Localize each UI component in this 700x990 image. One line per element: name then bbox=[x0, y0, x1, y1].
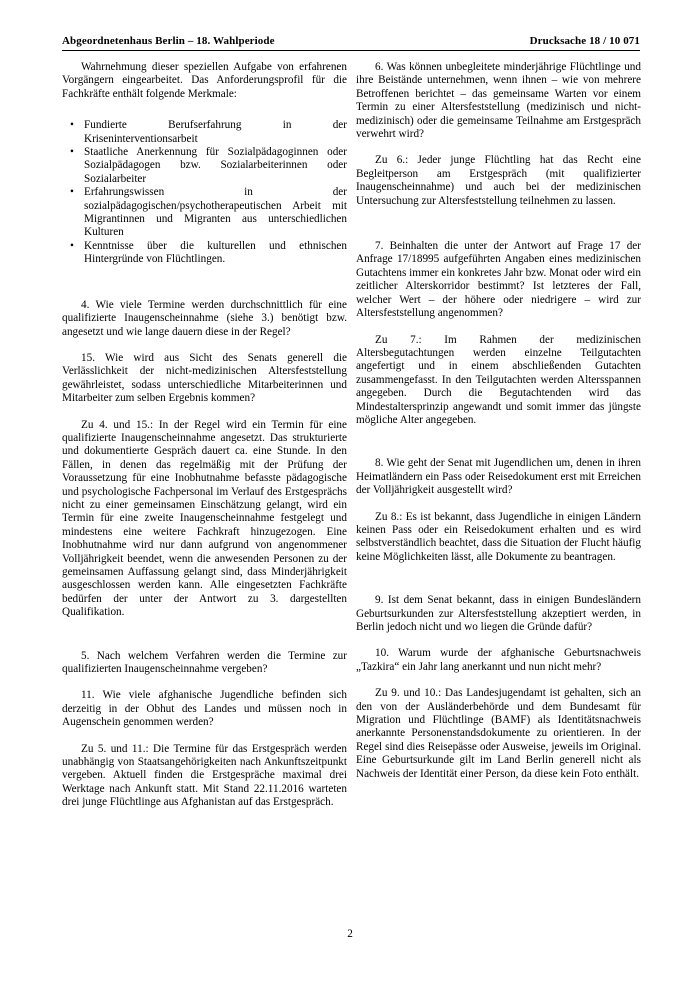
bullet-icon: • bbox=[70, 186, 74, 199]
question-15: 15. Wie wird aus Sicht des Senats genere… bbox=[62, 352, 347, 406]
bullet-item: •Fundierte Berufserfahrung in der Krisen… bbox=[84, 119, 347, 146]
answer-8: Zu 8.: Es ist bekannt, dass Jugendliche … bbox=[356, 511, 641, 565]
question-11: 11. Wie viele afghanische Jugendliche be… bbox=[62, 689, 347, 729]
page-number: 2 bbox=[347, 928, 353, 940]
bullet-item-text: Kenntnisse über die kulturellen und ethn… bbox=[84, 240, 347, 265]
question-8: 8. Wie geht der Senat mit Jugendlichen u… bbox=[356, 457, 641, 497]
question-10: 10. Warum wurde der afghanische Geburtsn… bbox=[356, 647, 641, 674]
header-drucksache-number: Drucksache 18 / 10 071 bbox=[530, 35, 640, 47]
bullet-icon: • bbox=[70, 240, 74, 253]
bullet-item: •Erfahrungswissen in der sozialpädagogis… bbox=[84, 186, 347, 240]
bullet-icon: • bbox=[70, 146, 74, 159]
document-footer: 2 bbox=[0, 928, 700, 940]
question-7: 7. Beinhalten die unter der Antwort auf … bbox=[356, 240, 641, 320]
question-4: 4. Wie viele Termine werden durchschnitt… bbox=[62, 299, 347, 339]
answer-9-10: Zu 9. und 10.: Das Landesjugendamt ist g… bbox=[356, 687, 641, 781]
bullet-item-text: Staatliche Anerkennung für Sozialpädagog… bbox=[84, 146, 347, 185]
left-column: Wahrnehmung dieser speziellen Aufgabe vo… bbox=[62, 61, 347, 810]
bullet-item-text: Erfahrungswissen in der sozialpädagogisc… bbox=[84, 186, 347, 238]
answer-6: Zu 6.: Jeder junge Flüchtling hat das Re… bbox=[356, 154, 641, 208]
document-page: Abgeordnetenhaus Berlin – 18. Wahlperiod… bbox=[0, 0, 700, 990]
bullet-item: •Staatliche Anerkennung für Sozialpädago… bbox=[84, 146, 347, 186]
document-header: Abgeordnetenhaus Berlin – 18. Wahlperiod… bbox=[62, 35, 640, 47]
bullet-item-text: Fundierte Berufserfahrung in der Kriseni… bbox=[84, 119, 347, 144]
requirements-bullet-list: •Fundierte Berufserfahrung in der Krisen… bbox=[62, 119, 347, 266]
question-9: 9. Ist dem Senat bekannt, dass in einige… bbox=[356, 594, 641, 634]
question-5: 5. Nach welchem Verfahren werden die Ter… bbox=[62, 650, 347, 677]
answer-7: Zu 7.: Im Rahmen der medizinischen Alter… bbox=[356, 334, 641, 428]
bullet-item: •Kenntnisse über die kulturellen und eth… bbox=[84, 240, 347, 267]
header-title-left: Abgeordnetenhaus Berlin – 18. Wahlperiod… bbox=[62, 35, 275, 47]
answer-4-15: Zu 4. und 15.: In der Regel wird ein Ter… bbox=[62, 419, 347, 620]
question-6: 6. Was können unbegleitete minderjährige… bbox=[356, 61, 641, 141]
document-body: Wahrnehmung dieser speziellen Aufgabe vo… bbox=[62, 61, 641, 810]
right-column: 6. Was können unbegleitete minderjährige… bbox=[356, 61, 641, 810]
bullet-icon: • bbox=[70, 119, 74, 132]
intro-paragraph: Wahrnehmung dieser speziellen Aufgabe vo… bbox=[62, 61, 347, 101]
header-rule bbox=[62, 50, 640, 51]
answer-5-11: Zu 5. und 11.: Die Termine für das Erstg… bbox=[62, 743, 347, 810]
